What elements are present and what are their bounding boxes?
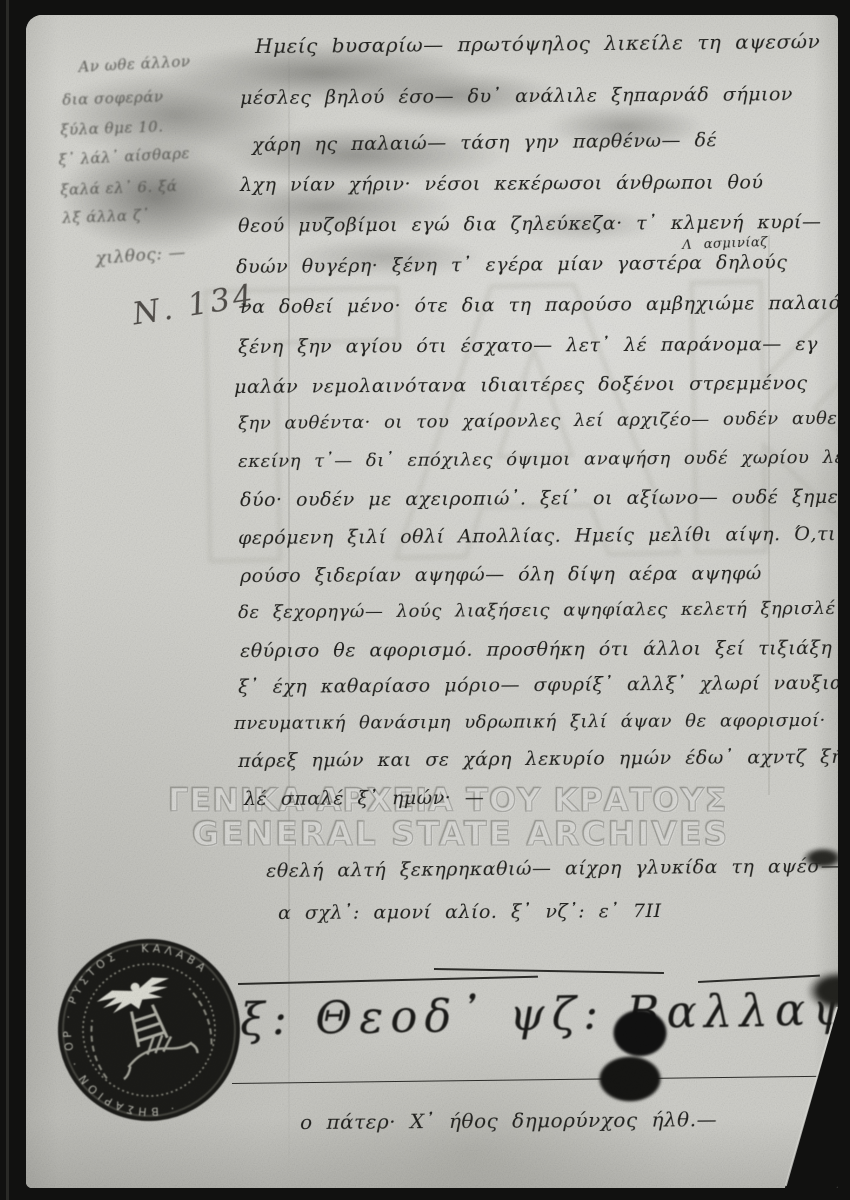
document-page: ΓΑΚ ΓΕΝΙΚΑ ΑΡΧΕΙΑ ΤΟΥ ΚΡΑΤΟΥΣ GENERAL ST… (26, 15, 838, 1188)
scanner-edge-shadow (6, 0, 9, 1200)
scan-background: ΓΑΚ ΓΕΝΙΚΑ ΑΡΧΕΙΑ ΤΟΥ ΚΡΑΤΟΥΣ GENERAL ST… (0, 0, 850, 1200)
scan-grain (26, 15, 838, 1188)
